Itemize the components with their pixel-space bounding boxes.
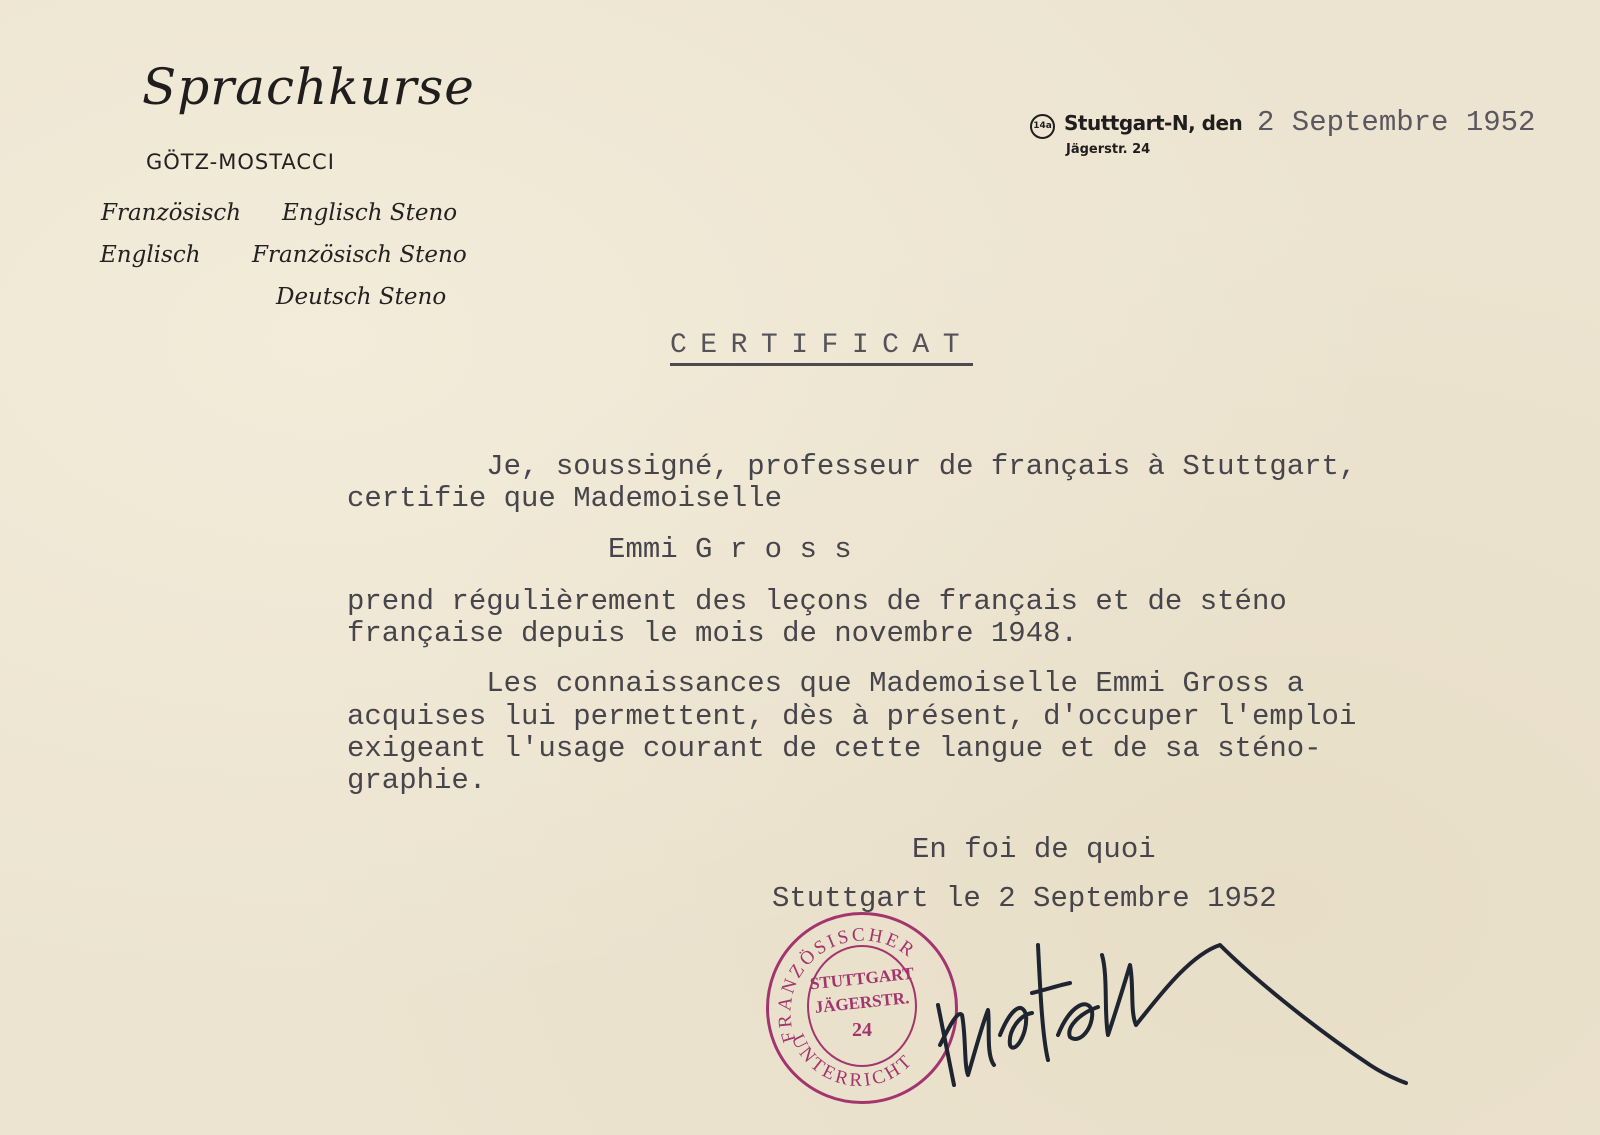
body-line-5: Les connaissances que Mademoiselle Emmi …	[347, 667, 1304, 700]
postal-district-badge: 14a	[1030, 114, 1055, 139]
certificate-page: Sprachkurse GÖTZ-MOSTACCI Französisch En…	[0, 0, 1600, 1135]
letterhead-place: Stuttgart-N, den	[1064, 111, 1242, 135]
body-line-6: acquises lui permettent, dès à présent, …	[347, 700, 1356, 733]
course-francais: Französisch	[101, 200, 241, 226]
course-franzoesisch-steno: Französisch Steno	[252, 242, 467, 268]
letterhead-brand: Sprachkurse	[142, 58, 475, 116]
body-line-3: prend régulièrement des leçons de frança…	[347, 585, 1287, 618]
document-title: CERTIFICAT	[670, 330, 973, 366]
closing-place-date: Stuttgart le 2 Septembre 1952	[772, 882, 1277, 915]
letterhead-company: GÖTZ-MOSTACCI	[146, 150, 335, 174]
course-englisch-steno: Englisch Steno	[282, 200, 457, 226]
handwritten-signature	[930, 915, 1410, 1095]
body-line-8: graphie.	[347, 764, 486, 797]
letterhead-street: Jägerstr. 24	[1066, 142, 1150, 157]
course-deutsch-steno: Deutsch Steno	[276, 284, 446, 310]
stamp-number: 24	[809, 1019, 915, 1042]
letter-date: 2 Septembre 1952	[1257, 106, 1535, 139]
body-line-4: française depuis le mois de novembre 194…	[347, 617, 1078, 650]
closing-text: En foi de quoi	[912, 833, 1156, 866]
body-line-1: Je, soussigné, professeur de français à …	[347, 450, 1356, 483]
body-line-2: certifie que Mademoiselle	[347, 482, 782, 515]
body-line-7: exigeant l'usage courant de cette langue…	[347, 732, 1322, 765]
recipient-name: Emmi G r o s s	[347, 533, 852, 566]
stamp-inner-ring: STUTTGART JÄGERSTR. 24	[807, 945, 917, 1067]
course-englisch: Englisch	[100, 242, 201, 268]
